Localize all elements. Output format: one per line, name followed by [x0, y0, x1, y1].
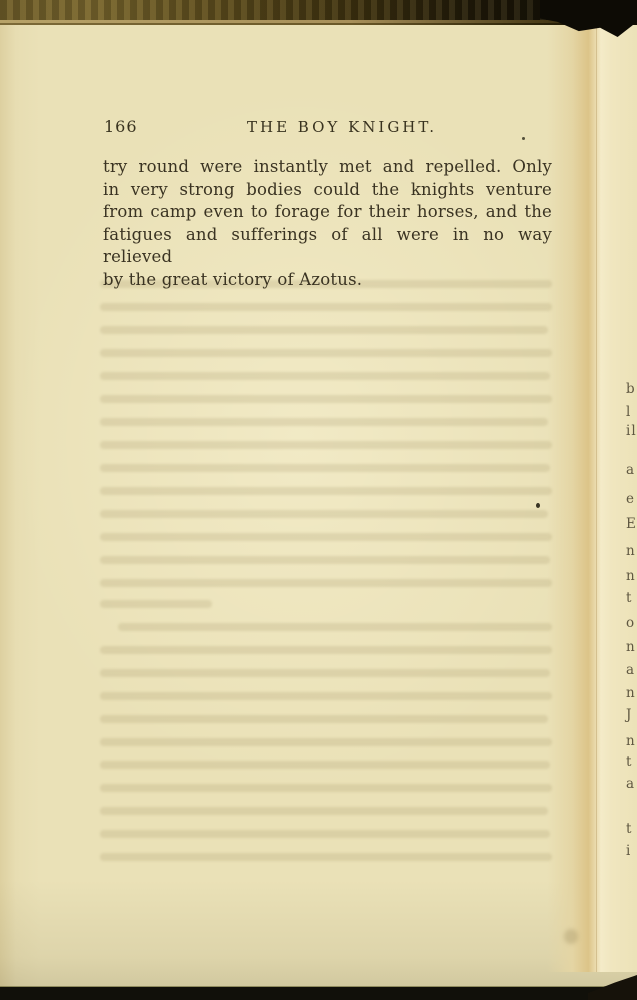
next-leaf-letter: n [626, 640, 636, 654]
text-line: try round were instantly met and repelle… [103, 156, 552, 179]
text-line: from camp even to forage for their horse… [103, 201, 552, 224]
body-paragraph: try round were instantly met and repelle… [103, 156, 552, 292]
next-leaf-letter: t [626, 755, 632, 769]
next-leaf-edge [547, 20, 637, 972]
next-leaf-letter: t [626, 822, 632, 836]
show-through-line [100, 738, 552, 746]
show-through-line [100, 715, 548, 723]
next-leaf-letter: e [626, 492, 635, 506]
next-leaf-letter: E [626, 517, 637, 531]
next-leaf-letter: n [626, 544, 636, 558]
show-through-line [100, 395, 552, 403]
show-through-line [100, 853, 552, 861]
text-line: fatigues and sufferings of all were in n… [103, 224, 552, 269]
next-leaf-letter: a [626, 663, 635, 677]
show-through-line [100, 372, 550, 380]
show-through-line [100, 303, 552, 311]
next-leaf-crease [596, 26, 597, 972]
show-through-line [100, 761, 550, 769]
next-leaf-letter: t [626, 591, 632, 605]
show-through-line [100, 579, 552, 587]
show-through-line [100, 510, 548, 518]
next-leaf-letter: n [626, 686, 636, 700]
next-leaf-letter: n [626, 569, 636, 583]
binding-top-shadowline [0, 23, 637, 25]
next-leaf-letter: i [626, 844, 631, 858]
show-through-line [100, 556, 550, 564]
next-leaf-letter: a [626, 463, 635, 477]
next-leaf-letter: il [626, 424, 637, 438]
binding-bottom-band [0, 987, 637, 1000]
book-page-scan: 166 THE BOY KNIGHT. try round were insta… [0, 0, 637, 1000]
next-leaf-letter: J [626, 708, 632, 722]
running-title: THE BOY KNIGHT. [247, 118, 437, 136]
text-line: by the great victory of Azotus. [103, 269, 552, 292]
show-through-line [100, 487, 552, 495]
page-header: 166 THE BOY KNIGHT. [0, 117, 637, 139]
paper-smudge [564, 929, 578, 944]
show-through-line [100, 349, 552, 357]
ink-speck [536, 503, 540, 508]
show-through-line [100, 441, 552, 449]
show-through-line [100, 646, 552, 654]
show-through-line [100, 600, 212, 608]
next-leaf-letter: o [626, 616, 635, 630]
show-through-line [100, 326, 548, 334]
next-leaf-letter: l [626, 405, 631, 419]
next-leaf-letter: b [626, 382, 636, 396]
show-through-line [100, 418, 548, 426]
show-through-line [100, 784, 552, 792]
next-leaf-letter: n [626, 734, 636, 748]
show-through-line [100, 533, 552, 541]
next-leaf-letter: a [626, 777, 635, 791]
show-through-line [118, 623, 552, 631]
page-bottom-shade [0, 880, 637, 990]
show-through-line [100, 464, 550, 472]
show-through-line [100, 669, 550, 677]
show-through-line [100, 807, 548, 815]
show-through-line [100, 692, 552, 700]
show-through-line [100, 830, 550, 838]
page-number: 166 [104, 117, 138, 136]
ink-speck [522, 137, 525, 140]
text-line: in very strong bodies could the knights … [103, 179, 552, 202]
